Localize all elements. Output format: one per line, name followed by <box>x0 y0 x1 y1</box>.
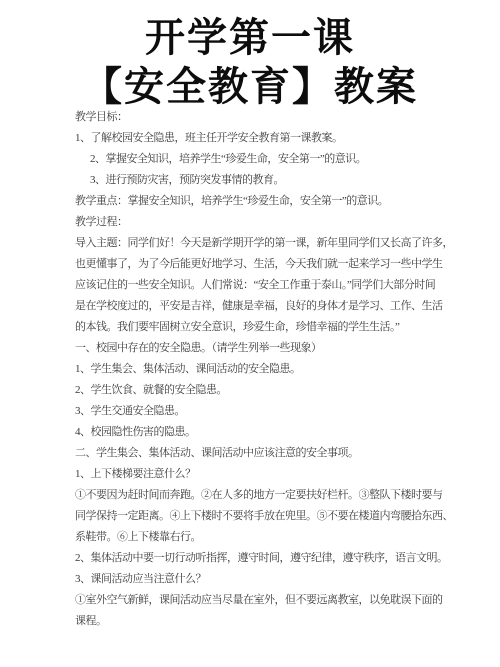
doc-title-line1: 开学第一课 <box>0 14 500 63</box>
body-line: 2、集体活动中要一切行动听指挥，遵守时间，遵守纪律，遵守秩序，语言文明。 <box>75 548 440 569</box>
body-line: 导入主题：同学们好！今天是新学期开学的第一课，新年里同学们又长高了许多， <box>75 233 440 254</box>
body-line-section: 二、学生集会、集体活动、课间活动中应该注意的安全事项。 <box>75 443 440 464</box>
body-line: 系鞋带。⑥上下楼靠右行。 <box>75 527 440 548</box>
doc-title-line2: 【安全教育】教案 <box>0 63 500 112</box>
body-line: 3、进行预防灾害，预防突发事情的教育。 <box>75 170 440 191</box>
body-line: 课程。 <box>75 611 440 632</box>
body-line: 3、课间活动应当注意什么？ <box>75 569 440 590</box>
body-line: 应该记住的一些安全知识。人们常说：“安全工作重于泰山。”同学们大部分时间 <box>75 275 440 296</box>
body-line: 1、学生集会、集体活动、课间活动的安全隐患。 <box>75 359 440 380</box>
body-line: 3、学生交通安全隐患。 <box>75 401 440 422</box>
body-line: 4、校园隐性伤害的隐患。 <box>75 422 440 443</box>
body-line-heading: 教学过程： <box>75 212 440 233</box>
body-line: 1、上下楼梯要注意什么？ <box>75 464 440 485</box>
doc-body: 教学目标： 1、了解校园安全隐患，班主任开学安全教育第一课教案。 2、掌握安全知… <box>75 107 440 632</box>
document-page: 开学第一课 【安全教育】教案 教学目标： 1、了解校园安全隐患，班主任开学安全教… <box>0 0 500 667</box>
body-line: 1、了解校园安全隐患，班主任开学安全教育第一课教案。 <box>75 128 440 149</box>
body-line: 2、学生饮食、就餐的安全隐患。 <box>75 380 440 401</box>
doc-title: 开学第一课 【安全教育】教案 <box>0 14 500 112</box>
body-line: ①室外空气新鲜，课间活动应当尽量在室外，但不要远离教室，以免耽误下面的 <box>75 590 440 611</box>
body-line-heading: 教学重点：掌握安全知识，培养学生“珍爱生命，安全第一”的意识。 <box>75 191 440 212</box>
body-line-section: 一、校园中存在的安全隐患。（请学生列举一些现象） <box>75 338 440 359</box>
body-line: 同学保持一定距离。④上下楼时不要将手放在兜里。⑤不要在楼道内弯腰拾东西、 <box>75 506 440 527</box>
body-line: 是在学校度过的，平安是吉祥，健康是幸福，良好的身体才是学习、工作、生活 <box>75 296 440 317</box>
body-line: 2、掌握安全知识，培养学生“珍爱生命，安全第一”的意识。 <box>75 149 440 170</box>
body-line: 的本钱。我们要牢固树立安全意识，珍爱生命，珍惜幸福的学生生活。” <box>75 317 440 338</box>
body-line: 也更懂事了，为了今后能更好地学习、生活，今天我们就一起来学习一些中学生 <box>75 254 440 275</box>
body-line-heading: 教学目标： <box>75 107 440 128</box>
body-line: ①不要因为赶时间而奔跑。②在人多的地方一定要扶好栏杆。③整队下楼时要与 <box>75 485 440 506</box>
